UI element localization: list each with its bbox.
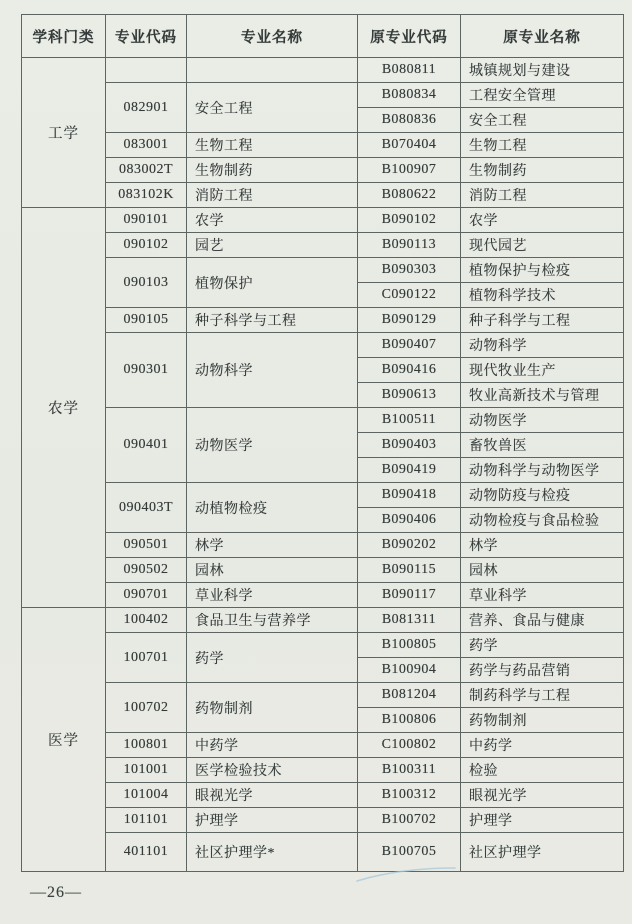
major-code-cell: 090102: [106, 233, 187, 258]
major-name-cell: 植物保护: [187, 258, 358, 308]
old-code-cell: B090303: [358, 258, 461, 283]
old-name-cell: 动物防疫与检疫: [461, 483, 624, 508]
old-code-cell: B090418: [358, 483, 461, 508]
old-name-cell: 林学: [461, 533, 624, 558]
table-row: 医学100402食品卫生与营养学B081311营养、食品与健康: [22, 608, 624, 633]
old-code-cell: B100904: [358, 658, 461, 683]
major-name-cell: 草业科学: [187, 583, 358, 608]
old-code-cell: B090613: [358, 383, 461, 408]
table-row: 083002T生物制药B100907生物制药: [22, 158, 624, 183]
old-name-cell: 制药科学与工程: [461, 683, 624, 708]
old-name-cell: 社区护理学: [461, 833, 624, 872]
major-name-cell: 中药学: [187, 733, 358, 758]
old-code-cell: B100702: [358, 808, 461, 833]
table-row: 090301动物科学B090407动物科学: [22, 333, 624, 358]
major-name-cell: 生物工程: [187, 133, 358, 158]
old-code-cell: B090115: [358, 558, 461, 583]
major-code-cell: 100702: [106, 683, 187, 733]
old-code-cell: B090419: [358, 458, 461, 483]
old-name-cell: 生物工程: [461, 133, 624, 158]
old-name-cell: 牧业高新技术与管理: [461, 383, 624, 408]
major-name-cell: 种子科学与工程: [187, 308, 358, 333]
old-code-cell: B090117: [358, 583, 461, 608]
table-row: 090102园艺B090113现代园艺: [22, 233, 624, 258]
old-code-cell: B080836: [358, 108, 461, 133]
major-code-cell: 100402: [106, 608, 187, 633]
category-cell: 农学: [22, 208, 106, 608]
major-code-cell: 100701: [106, 633, 187, 683]
old-code-cell: C100802: [358, 733, 461, 758]
old-code-cell: B100806: [358, 708, 461, 733]
major-code-cell: 101001: [106, 758, 187, 783]
old-code-cell: B090407: [358, 333, 461, 358]
old-code-cell: B081204: [358, 683, 461, 708]
old-name-cell: 园林: [461, 558, 624, 583]
old-name-cell: 城镇规划与建设: [461, 58, 624, 83]
major-code-cell: 090101: [106, 208, 187, 233]
major-code-cell: 090301: [106, 333, 187, 408]
table-row: 082901安全工程B080834工程安全管理: [22, 83, 624, 108]
table-row: 100701药学B100805药学: [22, 633, 624, 658]
header-old-code: 原专业代码: [358, 15, 461, 58]
major-code-cell: 082901: [106, 83, 187, 133]
old-name-cell: 植物保护与检疫: [461, 258, 624, 283]
old-name-cell: 检验: [461, 758, 624, 783]
major-code-cell: 101101: [106, 808, 187, 833]
old-code-cell: B090202: [358, 533, 461, 558]
major-name-cell: 安全工程: [187, 83, 358, 133]
table-row: 工学B080811城镇规划与建设: [22, 58, 624, 83]
major-code-cell: 090701: [106, 583, 187, 608]
major-name-cell: 药学: [187, 633, 358, 683]
old-code-cell: C090122: [358, 283, 461, 308]
major-code-cell: 100801: [106, 733, 187, 758]
old-name-cell: 现代园艺: [461, 233, 624, 258]
old-name-cell: 动物医学: [461, 408, 624, 433]
page-number: —26—: [30, 884, 82, 902]
major-name-cell: 护理学: [187, 808, 358, 833]
old-name-cell: 动物科学与动物医学: [461, 458, 624, 483]
old-code-cell: B100907: [358, 158, 461, 183]
major-code-cell: 090403T: [106, 483, 187, 533]
old-name-cell: 生物制药: [461, 158, 624, 183]
table-row: 100702药物制剂B081204制药科学与工程: [22, 683, 624, 708]
table-header: 学科门类 专业代码 专业名称 原专业代码 原专业名称: [22, 15, 624, 58]
major-name-cell: 动植物检疫: [187, 483, 358, 533]
old-name-cell: 营养、食品与健康: [461, 608, 624, 633]
old-code-cell: B100705: [358, 833, 461, 872]
header-old-name: 原专业名称: [461, 15, 624, 58]
old-code-cell: B090102: [358, 208, 461, 233]
table-row: 090103植物保护B090303植物保护与检疫: [22, 258, 624, 283]
old-code-cell: B080622: [358, 183, 461, 208]
old-code-cell: B100805: [358, 633, 461, 658]
old-name-cell: 眼视光学: [461, 783, 624, 808]
major-code-cell: 101004: [106, 783, 187, 808]
table-row: 农学090101农学B090102农学: [22, 208, 624, 233]
old-name-cell: 护理学: [461, 808, 624, 833]
major-code-cell: 090501: [106, 533, 187, 558]
major-name-cell: 社区护理学*: [187, 833, 358, 872]
major-code-cell: 083002T: [106, 158, 187, 183]
old-code-cell: B090406: [358, 508, 461, 533]
major-code-cell: 090103: [106, 258, 187, 308]
old-name-cell: 动物检疫与食品检验: [461, 508, 624, 533]
major-name-cell: 食品卫生与营养学: [187, 608, 358, 633]
old-name-cell: 动物科学: [461, 333, 624, 358]
major-name-cell: 动物医学: [187, 408, 358, 483]
old-code-cell: B090403: [358, 433, 461, 458]
table-body: 工学B080811城镇规划与建设082901安全工程B080834工程安全管理B…: [22, 58, 624, 872]
old-name-cell: 药学与药品营销: [461, 658, 624, 683]
major-code-cell: 090105: [106, 308, 187, 333]
major-code-cell: 401101: [106, 833, 187, 872]
table-row: 090403T动植物检疫B090418动物防疫与检疫: [22, 483, 624, 508]
major-name-cell: 园林: [187, 558, 358, 583]
old-name-cell: 消防工程: [461, 183, 624, 208]
old-code-cell: B100511: [358, 408, 461, 433]
major-code-cell: 090401: [106, 408, 187, 483]
major-codes-table: 学科门类 专业代码 专业名称 原专业代码 原专业名称 工学B080811城镇规划…: [21, 14, 624, 872]
major-name-cell: 眼视光学: [187, 783, 358, 808]
old-name-cell: 中药学: [461, 733, 624, 758]
major-name-cell: 农学: [187, 208, 358, 233]
old-name-cell: 工程安全管理: [461, 83, 624, 108]
major-name-cell: 生物制药: [187, 158, 358, 183]
old-name-cell: 安全工程: [461, 108, 624, 133]
old-name-cell: 药物制剂: [461, 708, 624, 733]
category-cell: 工学: [22, 58, 106, 208]
major-name-cell: 林学: [187, 533, 358, 558]
table-row: 090701草业科学B090117草业科学: [22, 583, 624, 608]
header-category: 学科门类: [22, 15, 106, 58]
table-row: 090501林学B090202林学: [22, 533, 624, 558]
table-row: 100801中药学C100802中药学: [22, 733, 624, 758]
old-code-cell: B070404: [358, 133, 461, 158]
major-name-cell: [187, 58, 358, 83]
old-name-cell: 草业科学: [461, 583, 624, 608]
old-code-cell: B081311: [358, 608, 461, 633]
table-row: 090105种子科学与工程B090129种子科学与工程: [22, 308, 624, 333]
old-code-cell: B080834: [358, 83, 461, 108]
old-code-cell: B080811: [358, 58, 461, 83]
scanned-document-page: 学科门类 专业代码 专业名称 原专业代码 原专业名称 工学B080811城镇规划…: [0, 0, 632, 924]
table-row: 401101社区护理学*B100705社区护理学: [22, 833, 624, 872]
major-name-cell: 园艺: [187, 233, 358, 258]
major-name-cell: 消防工程: [187, 183, 358, 208]
old-name-cell: 药学: [461, 633, 624, 658]
table-row: 090401动物医学B100511动物医学: [22, 408, 624, 433]
major-code-cell: 083102K: [106, 183, 187, 208]
old-name-cell: 畜牧兽医: [461, 433, 624, 458]
table-row: 101004眼视光学B100312眼视光学: [22, 783, 624, 808]
old-code-cell: B100311: [358, 758, 461, 783]
table-row: 101101护理学B100702护理学: [22, 808, 624, 833]
major-name-cell: 医学检验技术: [187, 758, 358, 783]
old-name-cell: 现代牧业生产: [461, 358, 624, 383]
old-code-cell: B090129: [358, 308, 461, 333]
table-row: 101001医学检验技术B100311检验: [22, 758, 624, 783]
major-code-cell: [106, 58, 187, 83]
major-name-cell: 药物制剂: [187, 683, 358, 733]
old-name-cell: 种子科学与工程: [461, 308, 624, 333]
old-name-cell: 植物科学技术: [461, 283, 624, 308]
header-row: 学科门类 专业代码 专业名称 原专业代码 原专业名称: [22, 15, 624, 58]
old-code-cell: B100312: [358, 783, 461, 808]
major-name-cell: 动物科学: [187, 333, 358, 408]
old-code-cell: B090416: [358, 358, 461, 383]
old-code-cell: B090113: [358, 233, 461, 258]
table-row: 083001生物工程B070404生物工程: [22, 133, 624, 158]
header-major-code: 专业代码: [106, 15, 187, 58]
category-cell: 医学: [22, 608, 106, 872]
major-code-cell: 090502: [106, 558, 187, 583]
table-row: 090502园林B090115园林: [22, 558, 624, 583]
table-row: 083102K消防工程B080622消防工程: [22, 183, 624, 208]
major-code-cell: 083001: [106, 133, 187, 158]
old-name-cell: 农学: [461, 208, 624, 233]
header-major-name: 专业名称: [187, 15, 358, 58]
